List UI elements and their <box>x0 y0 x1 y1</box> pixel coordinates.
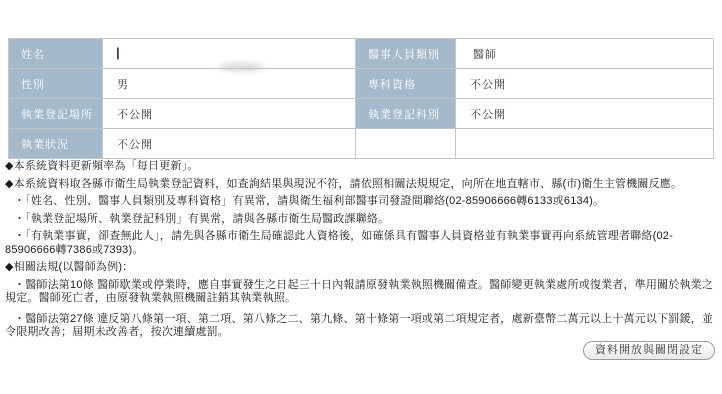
table-row: 執業狀況 不公開 <box>9 129 714 159</box>
practice-department-label: 執業登記科別 <box>356 99 456 129</box>
license-query-result-page: { "table": { "rows": [ {"left_label": "姓… <box>0 0 722 394</box>
empty-label-cell <box>356 129 456 159</box>
personnel-category-value: 醫師 <box>456 39 714 69</box>
name-value: ▍ <box>103 39 356 69</box>
practice-status-label: 執業狀況 <box>9 129 103 159</box>
specialty-label: 專科資格 <box>356 69 456 99</box>
gender-label: 性別 <box>9 69 103 99</box>
law-article-27: ・醫師法第27條 違反第八條第一項、第二項、第八條之二、第九條、第十條第一項或第… <box>0 313 718 340</box>
note-contact-sysadmin: ・「有執業事實，卻查無此人」，請先與各縣市衛生局確認此人資格後，如確係具有醫事人… <box>0 230 718 257</box>
notes-section: ◆本系統資料更新頻率為「每日更新」。 ◆本系統資料取各縣市衛生局執業登記資料，如… <box>0 160 718 344</box>
related-laws-heading: ◆相關法規(以醫師為例)： <box>0 261 718 275</box>
table-row: 執業登記場所 不公開 執業登記科別 不公開 <box>9 99 714 129</box>
note-contact-health-bureau: ・「執業登記場所、執業登記科別」有異常，請與各縣市衛生局醫政課聯絡。 <box>0 213 718 227</box>
practice-status-value: 不公開 <box>103 129 356 159</box>
empty-value-cell <box>456 129 714 159</box>
name-label: 姓名 <box>9 39 103 69</box>
law-article-10: ・醫師法第10條 醫師歇業或停業時，應自事實發生之日起三十日內報請原發執業執照機… <box>0 279 718 306</box>
note-data-source: ◆本系統資料取各縣市衛生局執業登記資料，如查詢結果與現況不符，請依照相關法規規定… <box>0 178 718 192</box>
gender-value: 男 <box>103 69 356 99</box>
personnel-info-table: 姓名 ▍ 醫事人員類別 醫師 性別 男 專科資格 不公開 執業登記場所 不公開 … <box>8 38 714 159</box>
note-update-frequency: ◆本系統資料更新頻率為「每日更新」。 <box>0 160 718 174</box>
table-row: 性別 男 專科資格 不公開 <box>9 69 714 99</box>
table-row: 姓名 ▍ 醫事人員類別 醫師 <box>9 39 714 69</box>
note-contact-issuing: ・「姓名、性別、醫事人員類別及專科資格」有異常，請與衛生福利部醫事司發證間聯絡(… <box>0 195 718 209</box>
practice-location-label: 執業登記場所 <box>9 99 103 129</box>
specialty-value: 不公開 <box>456 69 714 99</box>
personnel-category-label: 醫事人員類別 <box>356 39 456 69</box>
practice-location-value: 不公開 <box>103 99 356 129</box>
practice-department-value: 不公開 <box>456 99 714 129</box>
data-open-close-settings-button[interactable]: 資料開放與關閉設定 <box>583 341 715 360</box>
redacted-name-mark: ▍ <box>117 49 122 60</box>
